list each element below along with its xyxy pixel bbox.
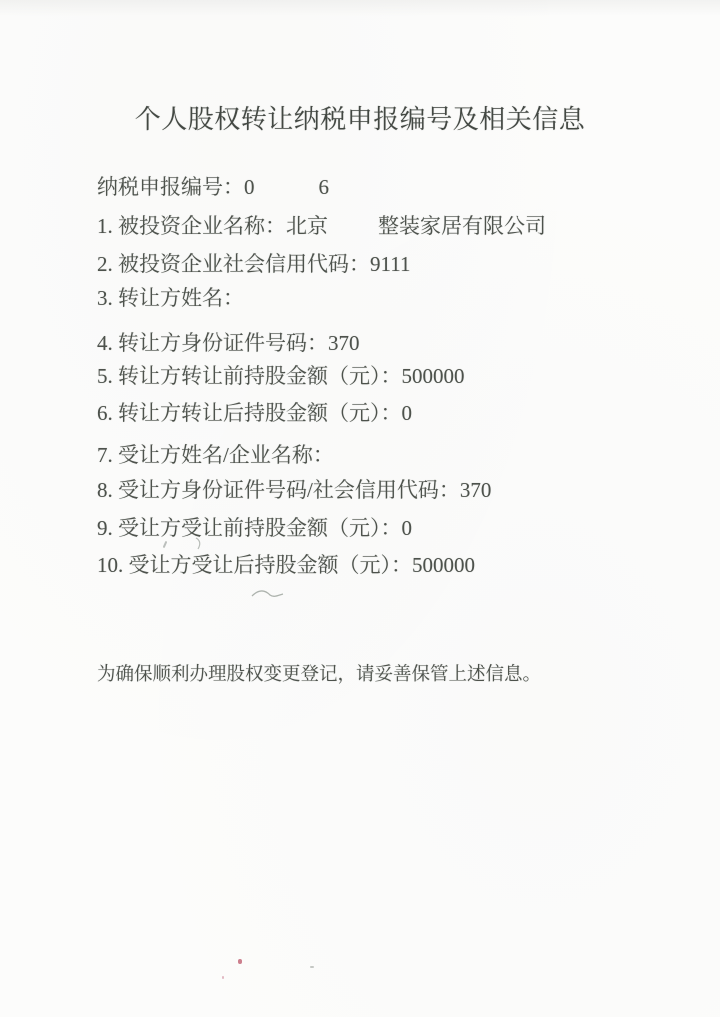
redacted-gap — [328, 232, 378, 233]
field-value: 0 — [402, 516, 413, 540]
field-label: 8. 受让方身份证件号码/社会信用代码： — [97, 478, 460, 502]
field-label: 3. 转让方姓名： — [97, 286, 244, 310]
field-value: 370 — [460, 478, 492, 502]
field-label: 6. 转让方转让后持股金额（元）： — [97, 401, 402, 425]
pen-hook-mark — [194, 537, 203, 550]
field-value: 370 — [328, 331, 360, 355]
pen-squiggle-mark — [251, 587, 285, 601]
field-value: 9111 — [370, 252, 410, 276]
field-transferor-name: 3. 转让方姓名： — [97, 288, 244, 309]
pen-tick-mark — [163, 541, 168, 548]
field-label: 1. 被投资企业名称： — [97, 214, 286, 238]
scanned-document-page: 个人股权转让纳税申报编号及相关信息 纳税申报编号：06 1. 被投资企业名称：北… — [0, 0, 720, 1017]
field-invested-company-name: 1. 被投资企业名称：北京整装家居有限公司 — [97, 216, 546, 237]
gray-speck — [310, 966, 314, 968]
field-transferee-id-number: 8. 受让方身份证件号码/社会信用代码：370 — [97, 480, 491, 501]
field-company-credit-code: 2. 被投资企业社会信用代码：9111 — [97, 254, 410, 275]
field-transferor-amount-before: 5. 转让方转让前持股金额（元）：500000 — [97, 366, 465, 387]
red-ink-speck — [238, 959, 242, 964]
field-label: 5. 转让方转让前持股金额（元）： — [97, 364, 402, 388]
red-ink-speck — [222, 976, 224, 979]
field-value: 0 — [402, 401, 413, 425]
field-label: 2. 被投资企业社会信用代码： — [97, 252, 370, 276]
field-label: 10. 受让方受让后持股金额（元）： — [97, 553, 412, 577]
footer-note: 为确保顺利办理股权变更登记，请妥善保管上述信息。 — [97, 666, 541, 685]
field-value: 500000 — [412, 553, 475, 577]
field-label: 4. 转让方身份证件号码： — [97, 331, 328, 355]
tax-number-value-start: 0 — [244, 175, 255, 199]
field-transferee-name: 7. 受让方姓名/企业名称： — [97, 445, 334, 466]
field-value-suffix: 整装家居有限公司 — [378, 214, 546, 238]
field-transferor-amount-after: 6. 转让方转让后持股金额（元）：0 — [97, 403, 412, 424]
document-title: 个人股权转让纳税申报编号及相关信息 — [0, 99, 720, 136]
tax-number-value-end: 6 — [319, 175, 330, 199]
field-transferee-amount-before: 9. 受让方受让前持股金额（元）：0 — [97, 518, 412, 539]
field-value: 500000 — [402, 364, 465, 388]
field-value-prefix: 北京 — [286, 214, 328, 238]
field-label: 7. 受让方姓名/企业名称： — [97, 443, 334, 467]
field-transferor-id-number: 4. 转让方身份证件号码：370 — [97, 333, 360, 354]
field-label: 9. 受让方受让前持股金额（元）： — [97, 516, 402, 540]
redacted-gap — [255, 193, 319, 194]
field-transferee-amount-after: 10. 受让方受让后持股金额（元）：500000 — [97, 555, 475, 576]
tax-number-label: 纳税申报编号： — [97, 175, 244, 199]
tax-number-line: 纳税申报编号：06 — [97, 177, 329, 198]
